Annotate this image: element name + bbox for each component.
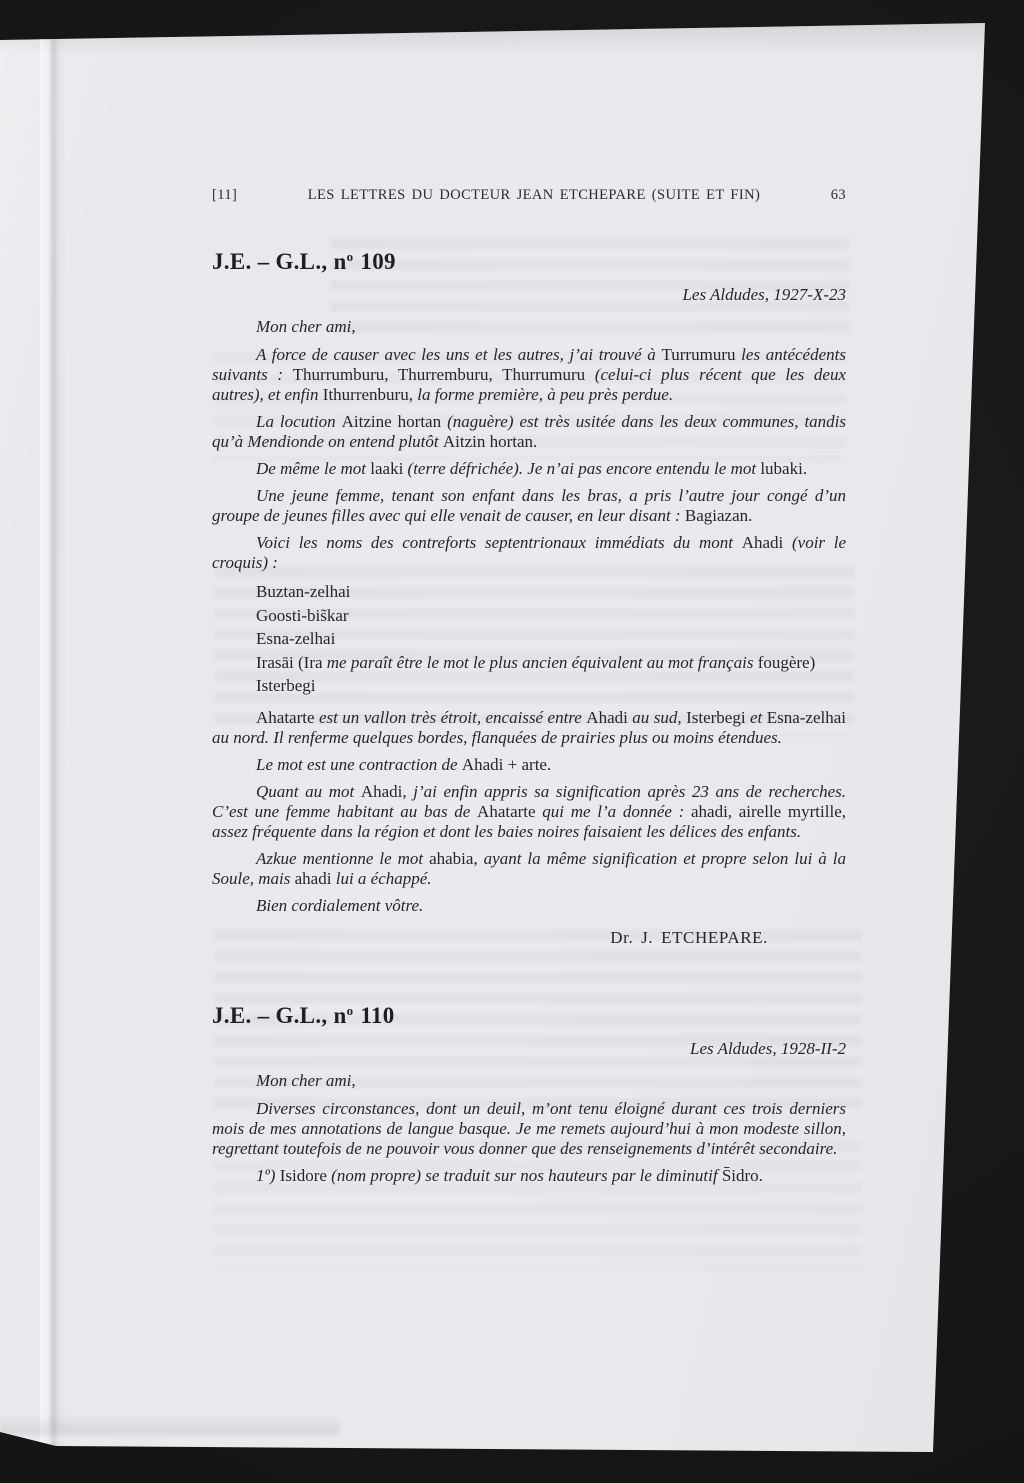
text-segment: me paraît être le mot le plus ancien équ… [327,653,758,672]
text-segment: S̄idro. [722,1166,763,1185]
text-segment: De même le mot [256,459,370,478]
text-segment: Ithurrenburu, [323,385,413,404]
letter-signature: Dr. J. ETCHEPARE. [212,928,846,948]
letter-109: J.E. – G.L., no109 Les Aldudes, 1927-X-2… [212,244,846,948]
text-segment: laaki [370,459,407,478]
text-segment: ahadi, airelle myrtille, [691,802,846,821]
list-item: Goosti-bis̃kar [256,604,846,628]
list-item: Isterbegi [256,674,846,698]
text-segment: Turrumuru [661,345,735,364]
paragraph: Une jeune femme, tenant son enfant dans … [212,486,846,526]
paragraph: Azkue mentionne le mot ahabia, ayant la … [212,849,846,889]
letter-heading-number: 109 [360,249,395,274]
text-segment: Bien cordialement vôtre. [256,896,423,915]
text-segment: La locution [256,412,342,431]
heading-ordinal: o [347,1003,354,1018]
text-segment: 1º) [256,1166,280,1185]
paragraph: Bien cordialement vôtre. [212,896,846,916]
letter-dateline: Les Aldudes, 1928-II-2 [212,1039,846,1059]
text-segment: Esna-zelhai [256,629,335,648]
text-segment: ahabia, [429,849,478,868]
paragraph: A force de causer avec les uns et les au… [212,345,846,405]
paragraph: 1º) Isidore (nom propre) se traduit sur … [212,1166,846,1186]
text-segment: Esna-zelhai [767,708,846,727]
text-segment: qui me l’a donnée : [536,802,691,821]
page-bottom-crease [0,1415,340,1441]
page-content: [11] LES LETTRES DU DOCTEUR JEAN ETCHEPA… [212,186,846,1193]
scan-background: { "scan": { "colors": { "background": "#… [0,0,1024,1483]
text-segment: au nord. Il renferme quelques bordes, fl… [212,728,782,747]
paragraph: La locution Aitzine hortan (naguère) est… [212,412,846,452]
paragraph: Quant au mot Ahadi, j’ai enfin appris sa… [212,782,846,842]
book-page: [11] LES LETTRES DU DOCTEUR JEAN ETCHEPA… [0,0,1024,1483]
letter-body: Diverses circonstances, dont un deuil, m… [212,1099,846,1186]
letter-salutation: Mon cher ami, [212,317,846,337]
list-item: Esna-zelhai [256,627,846,651]
text-segment: Buztan-zelhai [256,582,350,601]
text-segment: Ahadi + arte. [462,755,551,774]
text-segment: Isterbegi [256,676,315,695]
text-segment: Ahadi [742,533,792,552]
page-gutter-crease [40,30,66,1450]
text-segment: est un vallon très étroit, encaissé entr… [319,708,586,727]
text-segment: au sud, [632,708,686,727]
text-segment: Bagiazan. [685,506,753,525]
paragraph: Ahatarte est un vallon très étroit, enca… [212,708,846,748]
text-segment: Aitzin hortan. [443,432,537,451]
text-segment: (terre défrichée). Je n’ai pas encore en… [408,459,761,478]
header-page-number: 63 [831,186,846,204]
text-segment: Voici les noms des contreforts septentri… [256,533,742,552]
text-segment: Quant au mot [256,782,361,801]
letter-110: J.E. – G.L., no110 Les Aldudes, 1928-II-… [212,998,846,1186]
letter-heading-number: 110 [360,1003,394,1028]
heading-ordinal: o [347,249,354,264]
toponym-list: Buztan-zelhaiGoosti-bis̃karEsna-zelhaiIr… [256,580,846,698]
text-segment: fougère) [758,653,816,672]
text-segment: et [750,708,767,727]
page-top-shadow [0,22,1024,56]
letter-heading: J.E. – G.L., no109 [212,244,846,275]
text-segment: lubaki. [760,459,807,478]
text-segment: Azkue mentionne le mot [256,849,429,868]
letter-salutation: Mon cher ami, [212,1071,846,1091]
text-segment: Thurrumburu, Thurremburu, Thurrumuru [293,365,595,384]
text-segment: Ahadi [586,708,632,727]
paragraph: Diverses circonstances, dont un deuil, m… [212,1099,846,1159]
text-segment: assez fréquente dans la région et dont l… [212,822,801,841]
text-segment: la forme première, à peu près perdue. [413,385,673,404]
paragraph: Le mot est une contraction de Ahadi + ar… [212,755,846,775]
text-segment: Goosti-bis̃kar [256,606,349,625]
list-item: Buztan-zelhai [256,580,846,604]
text-segment: Isidore [280,1166,331,1185]
letter-dateline: Les Aldudes, 1927-X-23 [212,285,846,305]
letter-heading-prefix: J.E. – G.L., n [212,249,347,274]
header-issue-ref: [11] [212,186,237,204]
paragraph: Voici les noms des contreforts septentri… [212,533,846,573]
text-segment: Ahatarte [256,708,319,727]
text-segment: Diverses circonstances, dont un deuil, m… [212,1099,846,1158]
text-segment: Ahadi, [361,782,407,801]
text-segment: Le mot est une contraction de [256,755,462,774]
text-segment: (nom propre) se traduit sur nos hauteurs… [331,1166,722,1185]
text-segment: A force de causer avec les uns et les au… [256,345,661,364]
text-segment: lui a échappé. [331,869,431,888]
letter-heading: J.E. – G.L., no110 [212,998,846,1029]
running-header: [11] LES LETTRES DU DOCTEUR JEAN ETCHEPA… [212,186,846,204]
letter-body: A force de causer avec les uns et les au… [212,345,846,916]
header-title: LES LETTRES DU DOCTEUR JEAN ETCHEPARE (S… [237,186,830,204]
text-segment: Aitzine hortan [342,412,447,431]
letter-heading-prefix: J.E. – G.L., n [212,1003,347,1028]
text-segment: ahadi [295,869,332,888]
text-segment: Irasāi (Ira [256,653,327,672]
list-item: Irasāi (Ira me paraît être le mot le plu… [256,651,846,675]
text-segment: Isterbegi [686,708,750,727]
text-segment: Ahatarte [477,802,536,821]
paragraph: De même le mot laaki (terre défrichée). … [212,459,846,479]
